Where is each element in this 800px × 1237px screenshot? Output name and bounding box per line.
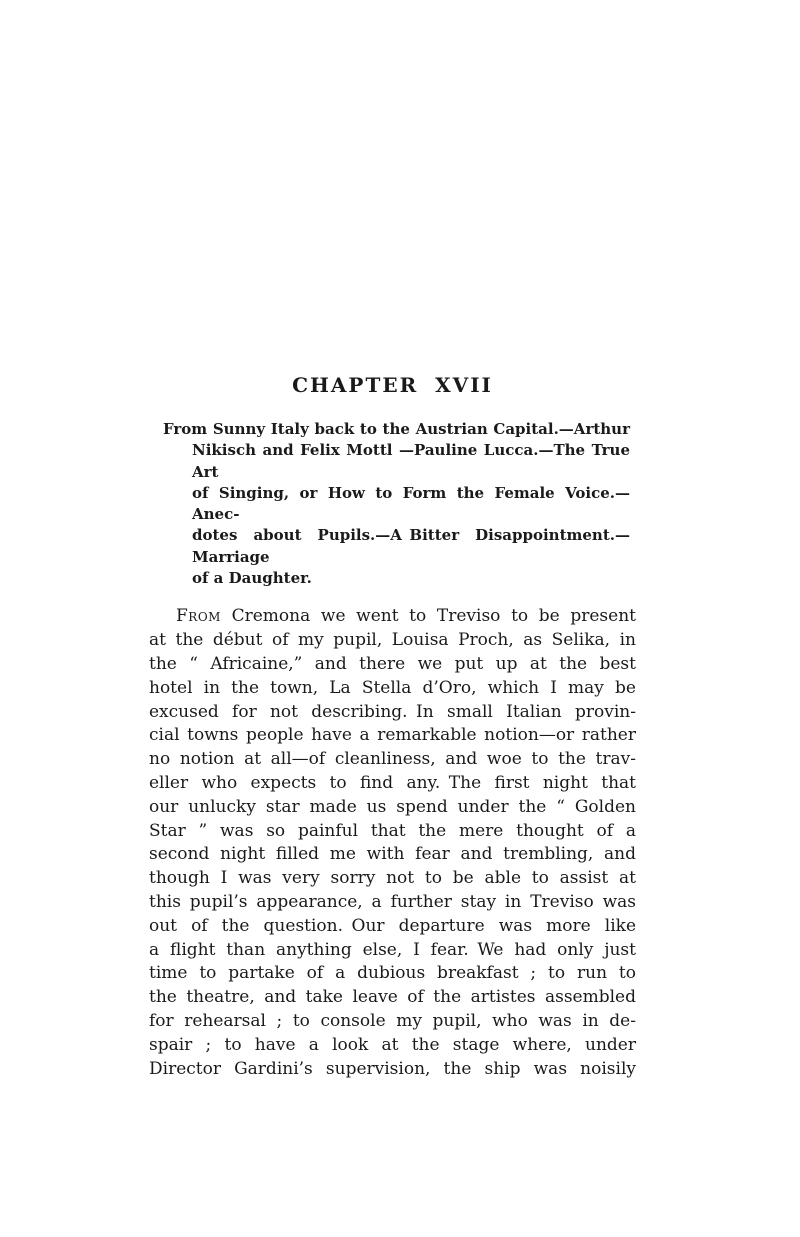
lead-word: From bbox=[176, 606, 221, 626]
summary-line: dotes about Pupils.—A Bitter Disappointm… bbox=[163, 525, 630, 568]
body-line: spair ; to have a look at the stage wher… bbox=[149, 1034, 636, 1058]
summary-line: of Singing, or How to Form the Female Vo… bbox=[163, 483, 630, 526]
body-line: second night filled me with fear and tre… bbox=[149, 843, 636, 867]
summary-line: From Sunny Italy back to the Austrian Ca… bbox=[163, 419, 630, 440]
body-line: From Cremona we went to Treviso to be pr… bbox=[149, 605, 636, 629]
summary-line: Nikisch and Felix Mottl —Pauline Lucca.—… bbox=[163, 440, 630, 483]
body-line: Star ” was so painful that the mere thou… bbox=[149, 820, 636, 844]
summary-line: of a Daughter. bbox=[163, 568, 630, 589]
body-line: for rehearsal ; to console my pupil, who… bbox=[149, 1010, 636, 1034]
body-line: time to partake of a dubious breakfast ;… bbox=[149, 962, 636, 986]
body-line: Director Gardini’s supervision, the ship… bbox=[149, 1058, 636, 1082]
chapter-heading: CHAPTER XVII bbox=[149, 373, 636, 397]
body-line: eller who expects to find any. The first… bbox=[149, 772, 636, 796]
body-line: a flight than anything else, I fear. We … bbox=[149, 939, 636, 963]
book-page: CHAPTER XVII From Sunny Italy back to th… bbox=[0, 0, 800, 1237]
body-line: excused for not describing. In small Ita… bbox=[149, 701, 636, 725]
body-paragraph: From Cremona we went to Treviso to be pr… bbox=[149, 605, 636, 1081]
body-line: hotel in the town, La Stella d’Oro, whic… bbox=[149, 677, 636, 701]
body-line: the theatre, and take leave of the artis… bbox=[149, 986, 636, 1010]
body-line-text: Cremona we went to Treviso to be present bbox=[221, 606, 636, 626]
body-line: no notion at all—of cleanliness, and woe… bbox=[149, 748, 636, 772]
body-line: the “ Africaine,” and there we put up at… bbox=[149, 653, 636, 677]
body-line: out of the question. Our departure was m… bbox=[149, 915, 636, 939]
body-line: at the début of my pupil, Louisa Proch, … bbox=[149, 629, 636, 653]
body-line: though I was very sorry not to be able t… bbox=[149, 867, 636, 891]
body-line: cial towns people have a remarkable noti… bbox=[149, 724, 636, 748]
body-line: our unlucky star made us spend under the… bbox=[149, 796, 636, 820]
body-line: this pupil’s appearance, a further stay … bbox=[149, 891, 636, 915]
chapter-summary: From Sunny Italy back to the Austrian Ca… bbox=[163, 419, 630, 589]
text-column: CHAPTER XVII From Sunny Italy back to th… bbox=[149, 0, 636, 1081]
